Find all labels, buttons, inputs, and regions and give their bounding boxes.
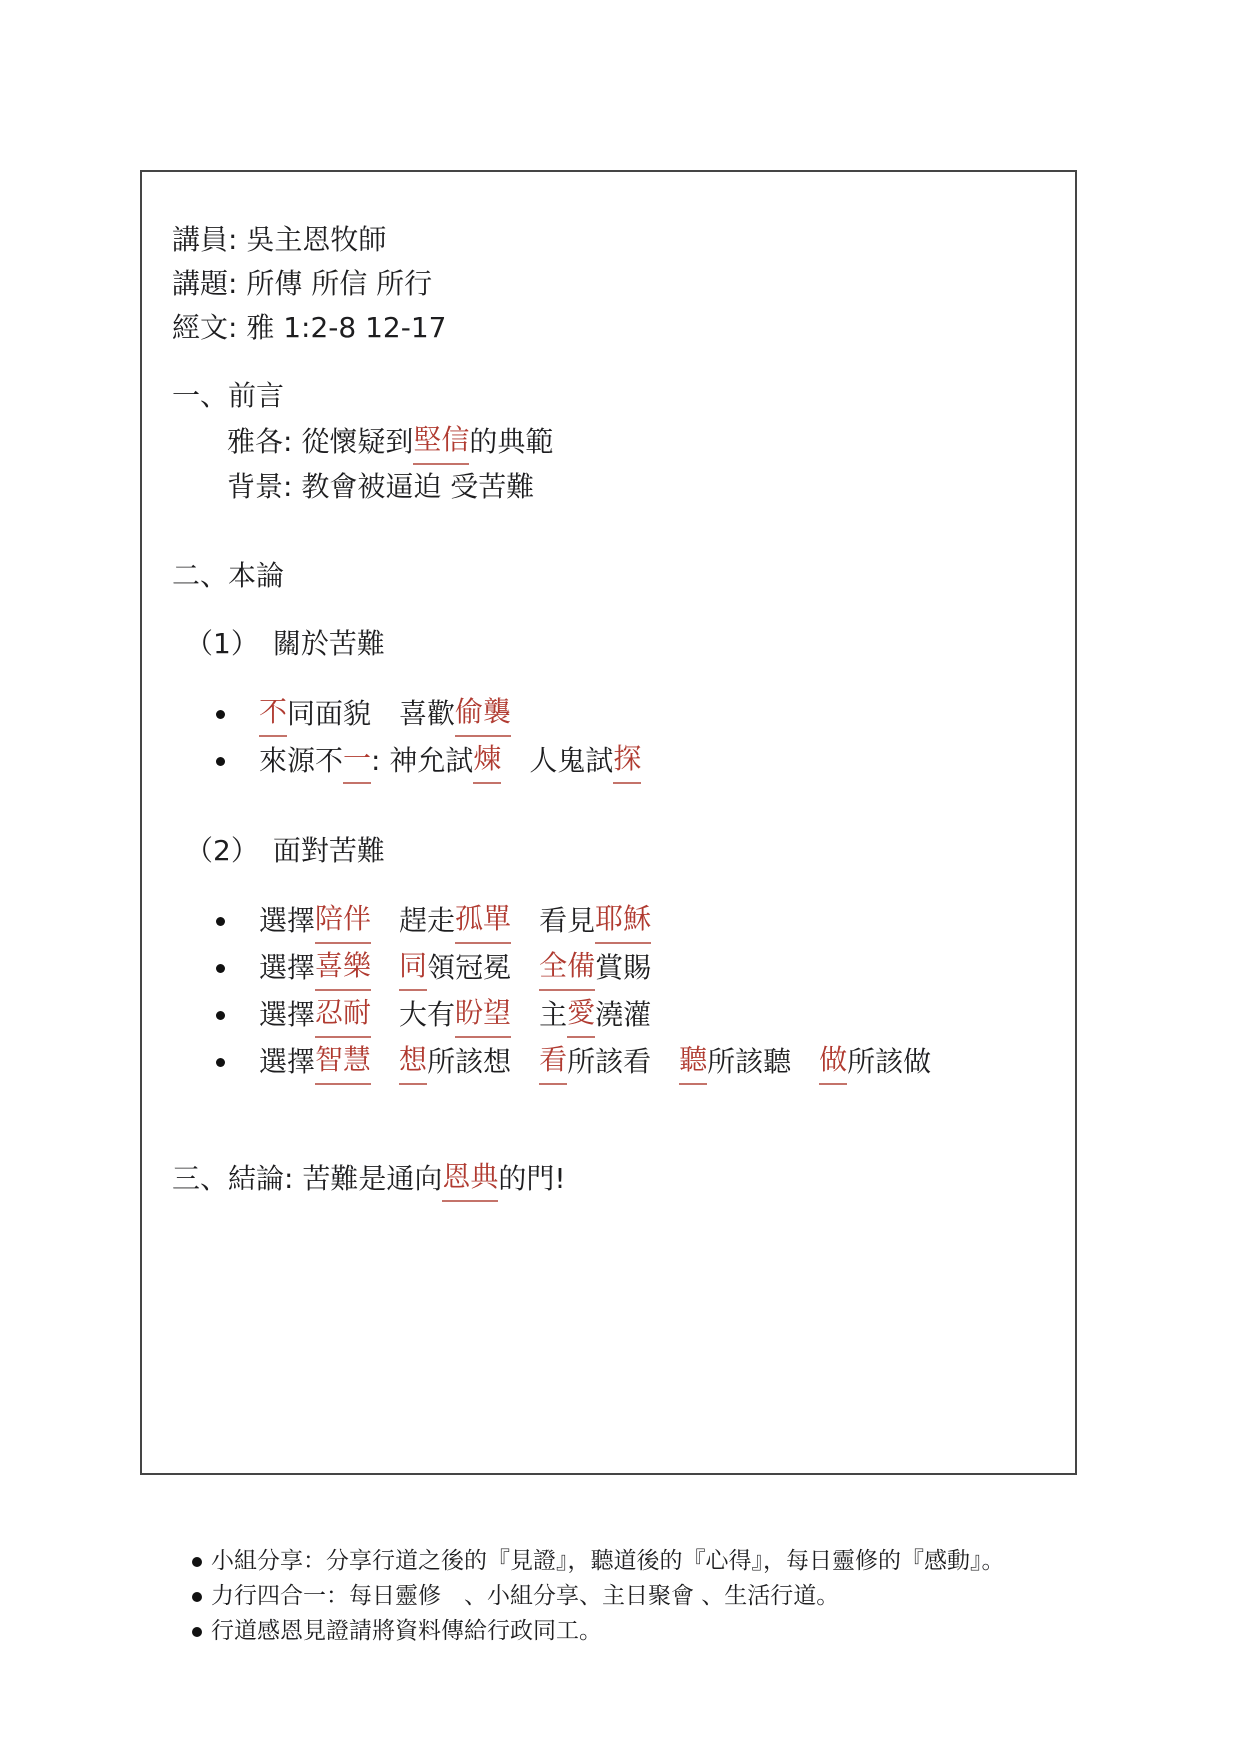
footer-note: 小組分享：分享行道之後的『見證』，聽道後的『心得』，每日靈修的『感動』。 xyxy=(192,1544,1092,1579)
footer-note-text: 行道感恩見證請將資料傳給行政同工。 xyxy=(211,1614,602,1649)
highlighted-text: 喜樂 xyxy=(315,944,371,991)
bullet-icon xyxy=(192,1557,202,1567)
highlighted-text: 看 xyxy=(539,1038,567,1085)
text-segment: 經文: 雅 1:2-8 12-17 xyxy=(172,306,446,350)
text-segment: 雅各: 從懷疑到 xyxy=(227,420,413,464)
text-segment: 背景: 教會被逼迫 受苦難 xyxy=(227,465,534,509)
conclusion-line: 三、結論: 苦難是通向恩典的門! xyxy=(172,1155,1039,1202)
bullet-icon xyxy=(216,1058,225,1067)
highlighted-text: 不 xyxy=(259,690,287,737)
highlighted-text: 煉 xyxy=(473,737,501,784)
text-segment: 人鬼試 xyxy=(501,739,613,783)
highlighted-text: 恩典 xyxy=(442,1155,498,1202)
text-segment: 講題: 所傳 所信 所行 xyxy=(172,262,432,306)
subsection-1-heading: （1） 關於苦難 xyxy=(172,622,1039,666)
bullet-item: 選擇喜樂 同領冠冕 全備賞賜 xyxy=(172,944,1039,991)
highlighted-text: 偷襲 xyxy=(455,690,511,737)
bullet-icon xyxy=(216,710,225,719)
highlighted-text: 想 xyxy=(399,1038,427,1085)
bullet-icon xyxy=(216,964,225,973)
highlighted-text: 聽 xyxy=(679,1038,707,1085)
text-segment: 所該想 xyxy=(427,1040,539,1084)
text-segment: 來源不 xyxy=(259,739,343,783)
bullet-item: 選擇智慧 想所該想 看所該看 聽所該聽 做所該做 xyxy=(172,1038,1039,1085)
highlighted-text: 孤單 xyxy=(455,897,511,944)
footer-notes: 小組分享：分享行道之後的『見證』，聽道後的『心得』，每日靈修的『感動』。力行四合… xyxy=(192,1544,1092,1649)
text-segment: 澆灌 xyxy=(595,993,651,1037)
text-segment: 選擇 xyxy=(259,899,315,943)
highlighted-text: 耶穌 xyxy=(595,897,651,944)
text-segment: 選擇 xyxy=(259,946,315,990)
text-segment: 所該做 xyxy=(847,1040,931,1084)
bullet-icon xyxy=(216,917,225,926)
bullet-item: 不同面貌 喜歡偷襲 xyxy=(172,690,1039,737)
highlighted-text: 同 xyxy=(399,944,427,991)
bullet-icon xyxy=(192,1627,202,1637)
text-segment: 的典範 xyxy=(469,420,553,464)
title-line: 講題: 所傳 所信 所行 xyxy=(172,262,1039,306)
text-segment: 同面貌 喜歡 xyxy=(287,692,455,736)
text-segment: （1） 關於苦難 xyxy=(185,622,385,666)
bullet-item: 選擇忍耐 大有盼望 主愛澆灌 xyxy=(172,991,1039,1038)
highlighted-text: 陪伴 xyxy=(315,897,371,944)
section-1-heading: 一、前言 xyxy=(172,374,1039,418)
document-page: { "colors": { "accent_red": "#b03a30", "… xyxy=(0,0,1241,1755)
highlighted-text: 忍耐 xyxy=(315,991,371,1038)
text-segment: 所該聽 xyxy=(707,1040,819,1084)
highlighted-text: 盼望 xyxy=(455,991,511,1038)
text-segment: : 神允試 xyxy=(371,739,473,783)
intro-line-2: 背景: 教會被逼迫 受苦難 xyxy=(172,465,1039,509)
highlighted-text: 智慧 xyxy=(315,1038,371,1085)
text-segment: 所該看 xyxy=(567,1040,679,1084)
footer-note: 行道感恩見證請將資料傳給行政同工。 xyxy=(192,1614,1092,1649)
text-segment: 二、本論 xyxy=(172,554,284,598)
bullet-icon xyxy=(216,757,225,766)
text-segment: 選擇 xyxy=(259,1040,315,1084)
bullet-icon xyxy=(216,1011,225,1020)
text-segment: 賞賜 xyxy=(595,946,651,990)
intro-line-1: 雅各: 從懷疑到堅信的典範 xyxy=(172,418,1039,465)
footer-note-text: 小組分享：分享行道之後的『見證』，聽道後的『心得』，每日靈修的『感動』。 xyxy=(211,1544,1005,1579)
section-2-heading: 二、本論 xyxy=(172,554,1039,598)
footer-note-text: 力行四合一：每日靈修 、小組分享、主日聚會 、生活行道。 xyxy=(211,1579,839,1614)
scripture-line: 經文: 雅 1:2-8 12-17 xyxy=(172,306,1039,350)
text-segment: （2） 面對苦難 xyxy=(185,829,385,873)
text-segment: 趕走 xyxy=(371,899,455,943)
highlighted-text: 全備 xyxy=(539,944,595,991)
bullet-item: 來源不一: 神允試煉 人鬼試探 xyxy=(172,737,1039,784)
subsection-2-heading: （2） 面對苦難 xyxy=(172,829,1039,873)
text-segment: 一、前言 xyxy=(172,374,284,418)
highlighted-text: 做 xyxy=(819,1038,847,1085)
speaker-line: 講員: 吳主恩牧師 xyxy=(172,218,1039,262)
text-segment: 選擇 xyxy=(259,993,315,1037)
text-segment: 的門! xyxy=(498,1157,565,1201)
text-segment xyxy=(371,946,399,990)
text-segment: 大有 xyxy=(371,993,455,1037)
text-segment: 主 xyxy=(511,993,567,1037)
footer-note: 力行四合一：每日靈修 、小組分享、主日聚會 、生活行道。 xyxy=(192,1579,1092,1614)
text-segment: 三、結論: 苦難是通向 xyxy=(172,1157,442,1201)
bullet-item: 選擇陪伴 趕走孤單 看見耶穌 xyxy=(172,897,1039,944)
text-segment: 講員: 吳主恩牧師 xyxy=(172,218,386,262)
highlighted-text: 探 xyxy=(613,737,641,784)
text-segment: 看見 xyxy=(511,899,595,943)
highlighted-text: 一 xyxy=(343,737,371,784)
sermon-outline-box: 講員: 吳主恩牧師講題: 所傳 所信 所行經文: 雅 1:2-8 12-17一、… xyxy=(140,170,1077,1475)
bullet-icon xyxy=(192,1592,202,1602)
highlighted-text: 愛 xyxy=(567,991,595,1038)
text-segment xyxy=(371,1040,399,1084)
highlighted-text: 堅信 xyxy=(413,418,469,465)
text-segment: 領冠冕 xyxy=(427,946,539,990)
